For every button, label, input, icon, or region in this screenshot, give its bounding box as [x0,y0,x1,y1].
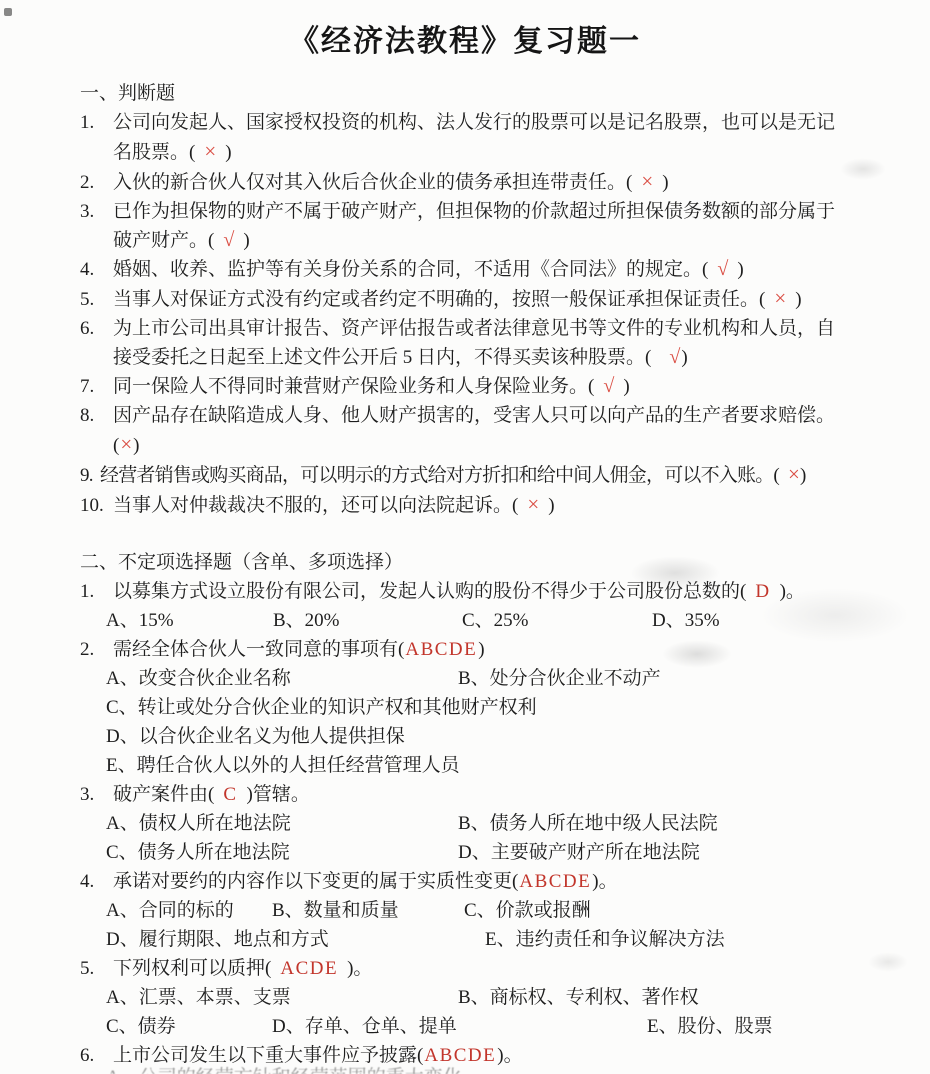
paren-close: ) [216,142,231,163]
paren-close: ) [771,581,786,602]
question-text: 公司向发起人、国家授权投资的机构、法人发行的股票可以是记名股票，也可以是无记 [113,112,835,133]
paren-close: ) [132,435,139,456]
question-number: 3. [80,197,113,226]
paren-open: ( [626,172,641,193]
tf-question-2: 2.入伙的新合伙人仅对其入伙后合伙企业的债务承担连带责任。(×) [80,167,860,197]
question-number: 6. [80,314,113,343]
question-number: 2. [80,635,113,664]
scanned-document-page: 《经济法教程》复习题一 一、判断题 1.公司向发起人、国家授权投资的机构、法人发… [0,0,930,1074]
option-row: E、聘任合伙人以外的人担任经营管理人员 [80,751,860,780]
option-cell: B、债务人所在地中级人民法院 [458,809,718,838]
option-cell: D、履行期限、地点和方式 [106,925,485,954]
answer-mark: √ [669,346,680,368]
answer-mark: √ [223,229,234,251]
question-number: 1. [80,577,113,606]
option-cell: E、股份、股票 [647,1012,773,1041]
answer-letters: D [755,581,770,602]
mc-question-1: 1.以募集方式设立股份有限公司，发起人认购的股份不得少于公司股份总数的(D)。 [80,577,860,606]
option-cell: D、35% [652,606,720,635]
section2-header: 二、不定项选择题（含单、多项选择） [80,548,860,577]
question-text: 以募集方式设立股份有限公司，发起人认购的股份不得少于公司股份总数的 [113,581,740,602]
option-cell: A、合同的标的 [106,896,272,925]
answer-mark: × [120,432,132,456]
answer-mark: × [204,139,216,163]
option-cell: B、商标权、专利权、著作权 [458,983,699,1012]
paren-open: ( [189,142,204,163]
question-number: 1. [80,108,113,137]
option-cell: E、违约责任和争议解决方法 [485,925,725,954]
answer-mark: × [641,169,653,193]
option-cell: C、债券 [106,1012,272,1041]
paren-open: ( [773,465,788,486]
tf-question-8: 8.因产品存在缺陷造成人身、他人财产损害的，受害人只可以向产品的生产者要求赔偿。… [80,401,860,460]
tf-question-4: 4.婚姻、收养、监护等有关身份关系的合同，不适用《合同法》的规定。(√) [80,255,860,284]
document-title: 《经济法教程》复习题一 [0,22,930,62]
tf-question-7: 7.同一保险人不得同时兼营财产保险业务和人身保险业务。(√) [80,372,860,401]
paren-open: ( [702,259,717,280]
answer-mark: √ [717,258,728,280]
question-number: 7. [80,372,113,401]
option-row: A、15%B、20%C、25%D、35% [80,606,860,635]
paren-close: ) [234,230,249,251]
paren-open: ( [588,376,603,397]
option-cell: A、改变合伙企业名称 [106,664,458,693]
cut-off-partial-line: A、公司的经营方针和经营范围的重大变化 [106,1063,826,1074]
paren-close: ) [728,259,743,280]
question-number: 4. [80,255,113,284]
answer-letters: ABCDE [519,871,591,892]
paren-close: ) [539,495,554,516]
option-cell: C、债务人所在地法院 [106,838,458,867]
scan-smudge [868,952,908,972]
tf-question-3: 3.已作为担保物的财产不属于破产财产，但担保物的价款超过所担保债务数额的部分属于… [80,197,860,255]
option-cell: E、聘任合伙人以外的人担任经营管理人员 [106,751,460,780]
paren-open: ( [208,230,223,251]
question-number: 4. [80,867,113,896]
question-text: 管辖。 [253,784,310,805]
paren-close: ) [238,784,253,805]
option-cell: B、数量和质量 [272,896,464,925]
paren-close: ) [614,376,629,397]
option-row: C、转让或处分合伙企业的知识产权和其他财产权利 [80,693,860,722]
question-text: 下列权利可以质押 [113,958,265,979]
option-row: D、履行期限、地点和方式E、违约责任和争议解决方法 [80,925,860,954]
option-row: D、以合伙企业名义为他人提供担保 [80,722,860,751]
mc-question-5: 5.下列权利可以质押(ACDE)。 [80,954,860,983]
question-text: 入伙的新合伙人仅对其入伙后合伙企业的债务承担连带责任。 [113,172,626,193]
question-number: 5. [80,285,113,314]
option-cell: C、转让或处分合伙企业的知识产权和其他财产权利 [106,693,537,722]
tf-question-1: 1.公司向发起人、国家授权投资的机构、法人发行的股票可以是记名股票，也可以是无记… [80,108,860,167]
question-text: 承诺对要约的内容作以下变更的属于实质性变更 [113,871,512,892]
paren-close: ) [338,958,353,979]
question-text: 因产品存在缺陷造成人身、他人财产损害的，受害人只可以向产品的生产者要求赔偿。 [113,405,835,426]
paren-close: ) [680,347,687,368]
option-row: A、改变合伙企业名称B、处分合伙企业不动产 [80,664,860,693]
option-cell: C、价款或报酬 [464,896,591,925]
paren-open: ( [512,495,527,516]
option-cell: A、债权人所在地法院 [106,809,458,838]
answer-letters: C [223,784,237,805]
mc-question-3: 3.破产案件由(C)管辖。 [80,780,860,809]
question-number: 5. [80,954,113,983]
option-row: A、汇票、本票、支票B、商标权、专利权、著作权 [80,983,860,1012]
paren-open: ( [740,581,755,602]
section1-header: 一、判断题 [80,79,860,108]
question-number: 3. [80,780,113,809]
question-text: 当事人对仲裁裁决不服的，还可以向法院起诉。 [113,495,512,516]
question-text: 同一保险人不得同时兼营财产保险业务和人身保险业务。 [113,376,588,397]
mc-question-4: 4.承诺对要约的内容作以下变更的属于实质性变更(ABCDE)。 [80,867,860,896]
question-text: 接受委托之日起至上述文件公开后 5 日内，不得买卖该种股票。 [113,347,645,368]
question-text: 。 [599,871,618,892]
option-cell: C、25% [462,606,652,635]
option-row: C、债券D、存单、仓单、提单E、股份、股票 [80,1012,860,1041]
question-number: 8. [80,401,113,430]
paren-open: ( [208,784,223,805]
paren-close: ) [653,172,668,193]
option-cell: B、处分合伙企业不动产 [458,664,661,693]
option-cell: A、汇票、本票、支票 [106,983,458,1012]
answer-letters: ACDE [280,958,338,979]
paren-close: ) [591,871,598,892]
paren-close: ) [799,465,806,486]
question-text: 当事人对保证方式没有约定或者约定不明确的，按照一般保证承担保证责任。 [113,289,759,310]
option-row: A、合同的标的B、数量和质量C、价款或报酬 [80,896,860,925]
question-text: 经营者销售或购买商品，可以明示的方式给对方折扣和给中间人佣金，可以不入账。 [100,465,773,486]
tf-question-10: 10.当事人对仲裁裁决不服的，还可以向法院起诉。(×) [80,490,860,520]
paren-open: ( [759,289,774,310]
tf-question-6: 6.为上市公司出具审计报告、资产评估报告或者法律意见书等文件的专业机构和人员，自… [80,314,860,372]
question-text: 破产案件由 [113,784,208,805]
option-cell: D、以合伙企业名义为他人提供担保 [106,722,405,751]
answer-mark: × [788,462,799,486]
paren-close: ) [477,639,484,660]
tf-question-5: 5.当事人对保证方式没有约定或者约定不明确的，按照一般保证承担保证责任。(×) [80,284,860,314]
question-text: 。 [353,958,372,979]
document-content: 一、判断题 1.公司向发起人、国家授权投资的机构、法人发行的股票可以是记名股票，… [80,79,860,1070]
question-number: 9. [80,461,100,490]
answer-letters: ABCDE [405,639,477,660]
scan-speck [4,8,12,16]
option-cell: B、20% [273,606,462,635]
paren-open: ( [645,347,669,368]
paren-open: ( [265,958,280,979]
option-cell: A、15% [106,606,273,635]
question-text: 为上市公司出具审计报告、资产评估报告或者法律意见书等文件的专业机构和人员，自 [113,318,835,339]
question-text: 破产财产。 [113,230,208,251]
question-text: 名股票。 [113,142,189,163]
answer-mark: × [774,286,786,310]
option-row: A、债权人所在地法院B、债务人所在地中级人民法院 [80,809,860,838]
option-row: C、债务人所在地法院D、主要破产财产所在地法院 [80,838,860,867]
question-text: 已作为担保物的财产不属于破产财产，但担保物的价款超过所担保债务数额的部分属于 [113,201,835,222]
answer-mark: × [527,492,539,516]
question-text: 。 [786,581,805,602]
mc-question-2: 2.需经全体合伙人一致同意的事项有(ABCDE) [80,635,860,664]
question-text: 婚姻、收养、监护等有关身份关系的合同，不适用《合同法》的规定。 [113,259,702,280]
question-number: 2. [80,168,113,197]
paren-close: ) [786,289,801,310]
answer-mark: √ [603,375,614,397]
question-number: 10. [80,491,113,520]
option-cell: D、存单、仓单、提单 [272,1012,647,1041]
question-text: 需经全体合伙人一致同意的事项有 [113,639,398,660]
option-cell: D、主要破产财产所在地法院 [458,838,700,867]
tf-question-9: 9.经营者销售或购买商品，可以明示的方式给对方折扣和给中间人佣金，可以不入账。(… [80,460,860,490]
